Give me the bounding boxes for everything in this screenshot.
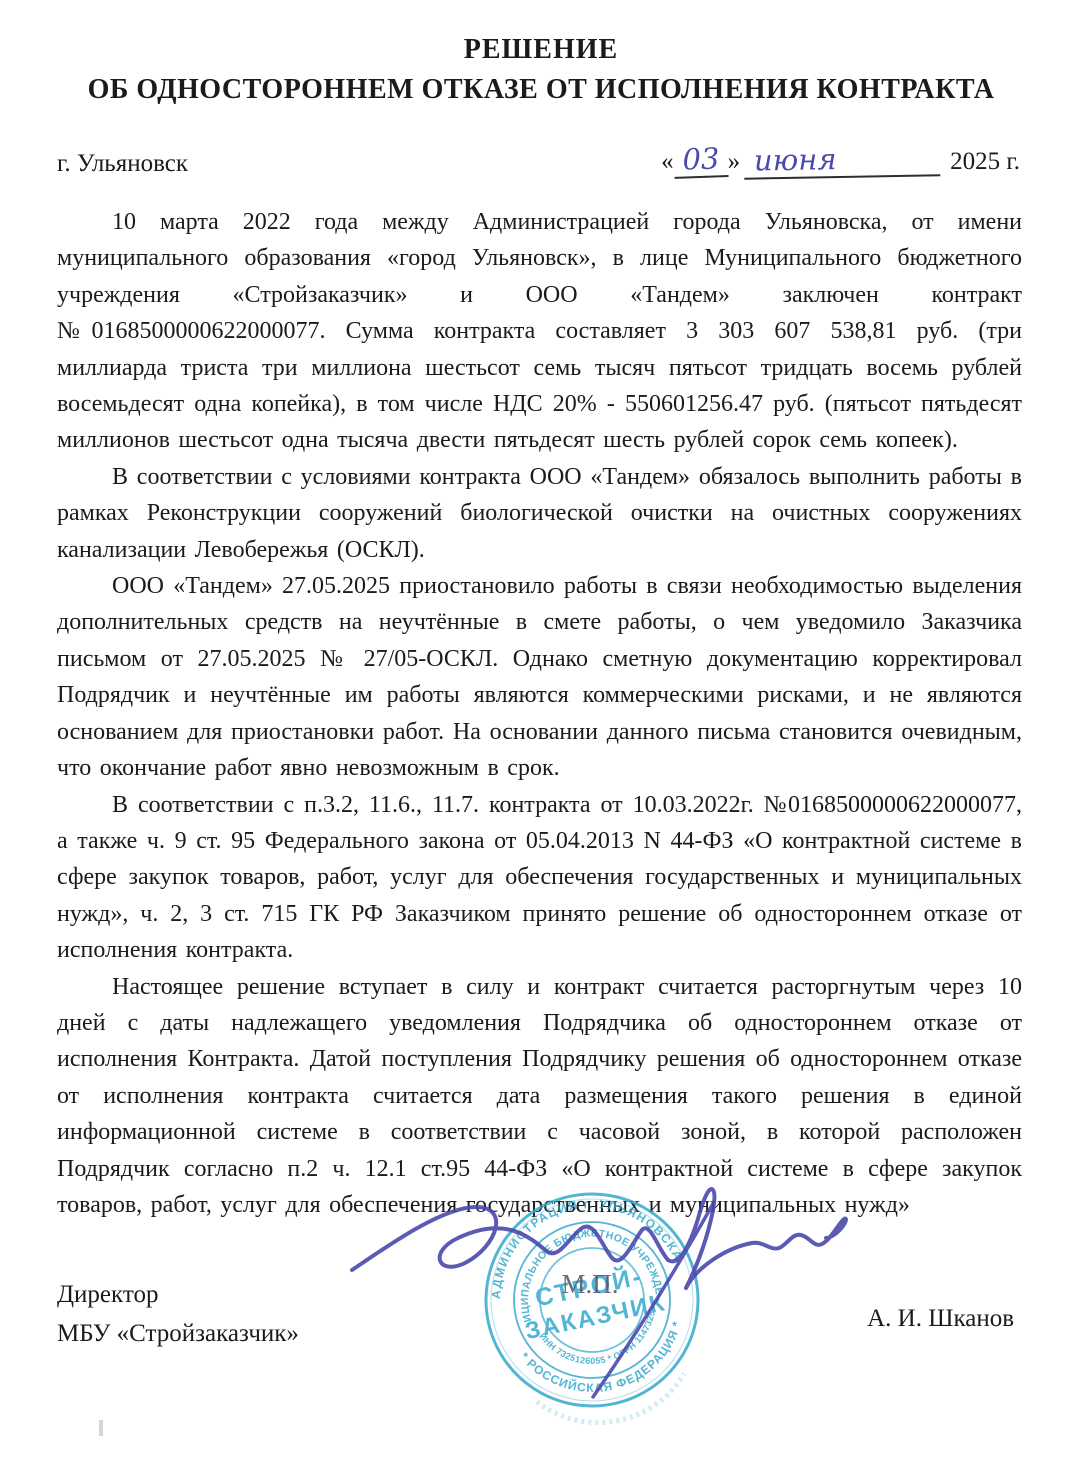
- scan-artifact-mark: [99, 1420, 103, 1436]
- paragraph-legal-basis: В соответствии с п.3.2, 11.6., 11.7. кон…: [57, 787, 1022, 969]
- handwritten-signature: [340, 1150, 980, 1450]
- title-line-1: РЕШЕНИЕ: [0, 34, 1082, 66]
- signer-role-line-1: Директор: [57, 1275, 299, 1314]
- document-date: «03»июня2025 г.: [661, 142, 1020, 178]
- date-year: 2025 г.: [950, 148, 1020, 175]
- document-title: РЕШЕНИЕ ОБ ОДНОСТОРОННЕМ ОТКАЗЕ ОТ ИСПОЛ…: [0, 34, 1082, 106]
- paragraph-contract-scope: В соответствии с условиями контракта ООО…: [57, 459, 1022, 568]
- document-body: 10 марта 2022 года между Администрацией …: [0, 204, 1082, 1223]
- title-line-2: ОБ ОДНОСТОРОННЕМ ОТКАЗЕ ОТ ИСПОЛНЕНИЯ КО…: [0, 74, 1082, 106]
- document-city: г. Ульяновск: [57, 150, 188, 178]
- date-open-quote: «: [661, 148, 674, 175]
- city-date-row: г. Ульяновск «03»июня2025 г.: [0, 142, 1082, 178]
- handwritten-day: 03: [673, 141, 728, 179]
- signature-stroke-loop: [352, 1207, 668, 1270]
- handwritten-month: июня: [744, 140, 941, 179]
- signature-stroke-descender: [593, 1202, 714, 1397]
- paragraph-suspension: ООО «Тандем» 27.05.2025 приостановило ра…: [57, 568, 1022, 786]
- date-close-quote: »: [728, 148, 741, 175]
- signer-role-line-2: МБУ «Стройзаказчик»: [57, 1314, 299, 1353]
- paragraph-contract-info: 10 марта 2022 года между Администрацией …: [57, 204, 1022, 459]
- signer-role: Директор МБУ «Стройзаказчик»: [57, 1275, 299, 1353]
- document-page: РЕШЕНИЕ ОБ ОДНОСТОРОННЕМ ОТКАЗЕ ОТ ИСПОЛ…: [0, 0, 1082, 1474]
